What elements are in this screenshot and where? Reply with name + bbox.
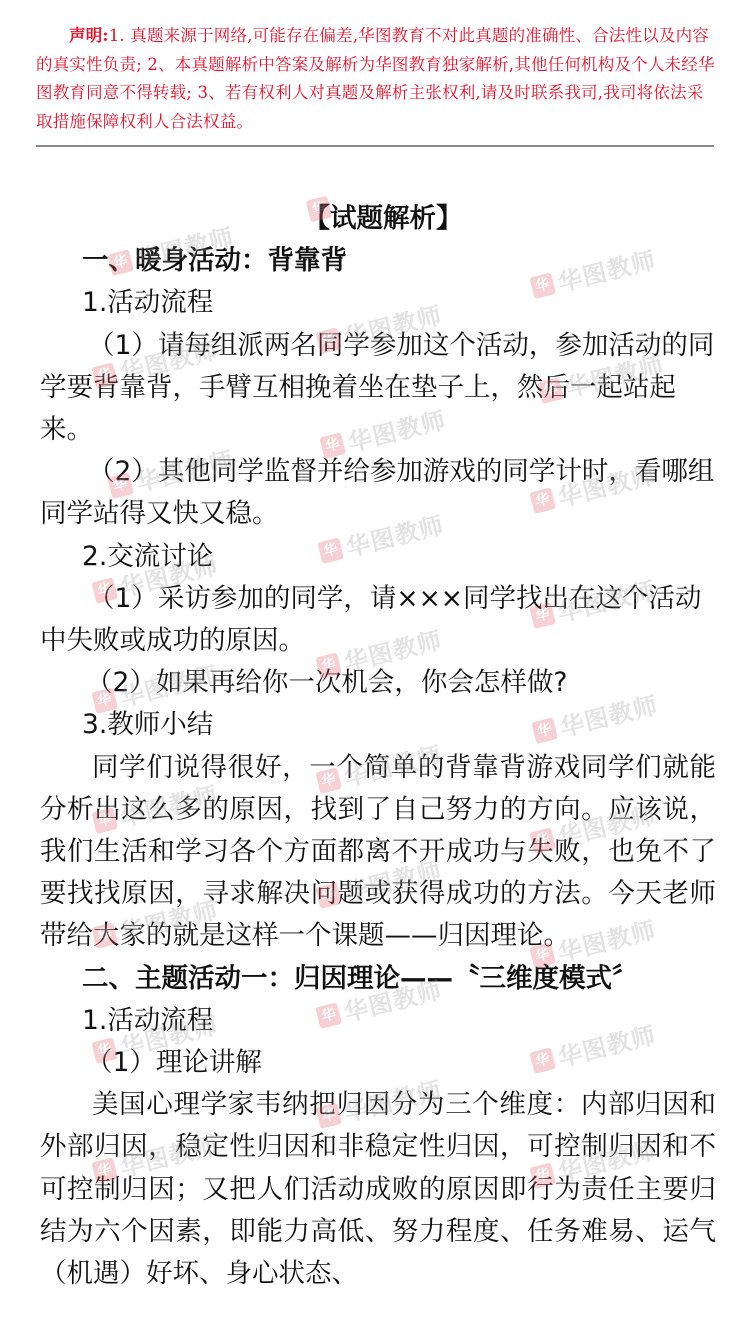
document-body: 【试题解析】 一、暖身活动：背靠背 1.活动流程 （1）请每组派两名同学参加这个… xyxy=(40,198,716,1295)
subheading-discussion: 2.交流讨论 xyxy=(40,536,716,578)
paragraph-teacher-summary: 同学们说得很好，一个简单的背靠背游戏同学们就能分析出这么多的原因，找到了自己努力… xyxy=(40,747,716,958)
list-item: （2）其他同学监督并给参加游戏的同学计时，看哪组同学站得又快又稳。 xyxy=(40,451,716,535)
disclaimer-lead: 声明: xyxy=(69,26,109,45)
disclaimer-text: 1. 真题来源于网络,可能存在偏差,华图教育不对此真题的准确性、合法性以及内容的… xyxy=(36,26,715,131)
disclaimer-notice: 声明:1. 真题来源于网络,可能存在偏差,华图教育不对此真题的准确性、合法性以及… xyxy=(36,22,716,137)
section-heading-attribution: 二、主题活动一：归因理论——〝三维度模式〞 xyxy=(40,958,716,1000)
list-item: （1）理论讲解 xyxy=(40,1042,716,1084)
list-item: （1）请每组派两名同学参加这个活动，参加活动的同学要背靠背，手臂互相挽着坐在垫子… xyxy=(40,325,716,452)
subheading-activity-flow-2: 1.活动流程 xyxy=(40,1000,716,1042)
list-item: （1）采访参加的同学，请×××同学找出在这个活动中失败或成功的原因。 xyxy=(40,578,716,662)
list-item: （2）如果再给你一次机会，你会怎样做? xyxy=(40,662,716,704)
section-heading-warmup: 一、暖身活动：背靠背 xyxy=(40,240,716,282)
paragraph-theory: 美国心理学家韦纳把归因分为三个维度：内部归因和外部归因，稳定性归因和非稳定性归因… xyxy=(40,1084,716,1295)
subheading-teacher-summary: 3.教师小结 xyxy=(40,704,716,746)
document-title: 【试题解析】 xyxy=(40,198,716,240)
header-divider xyxy=(36,145,714,147)
subheading-activity-flow: 1.活动流程 xyxy=(40,282,716,324)
